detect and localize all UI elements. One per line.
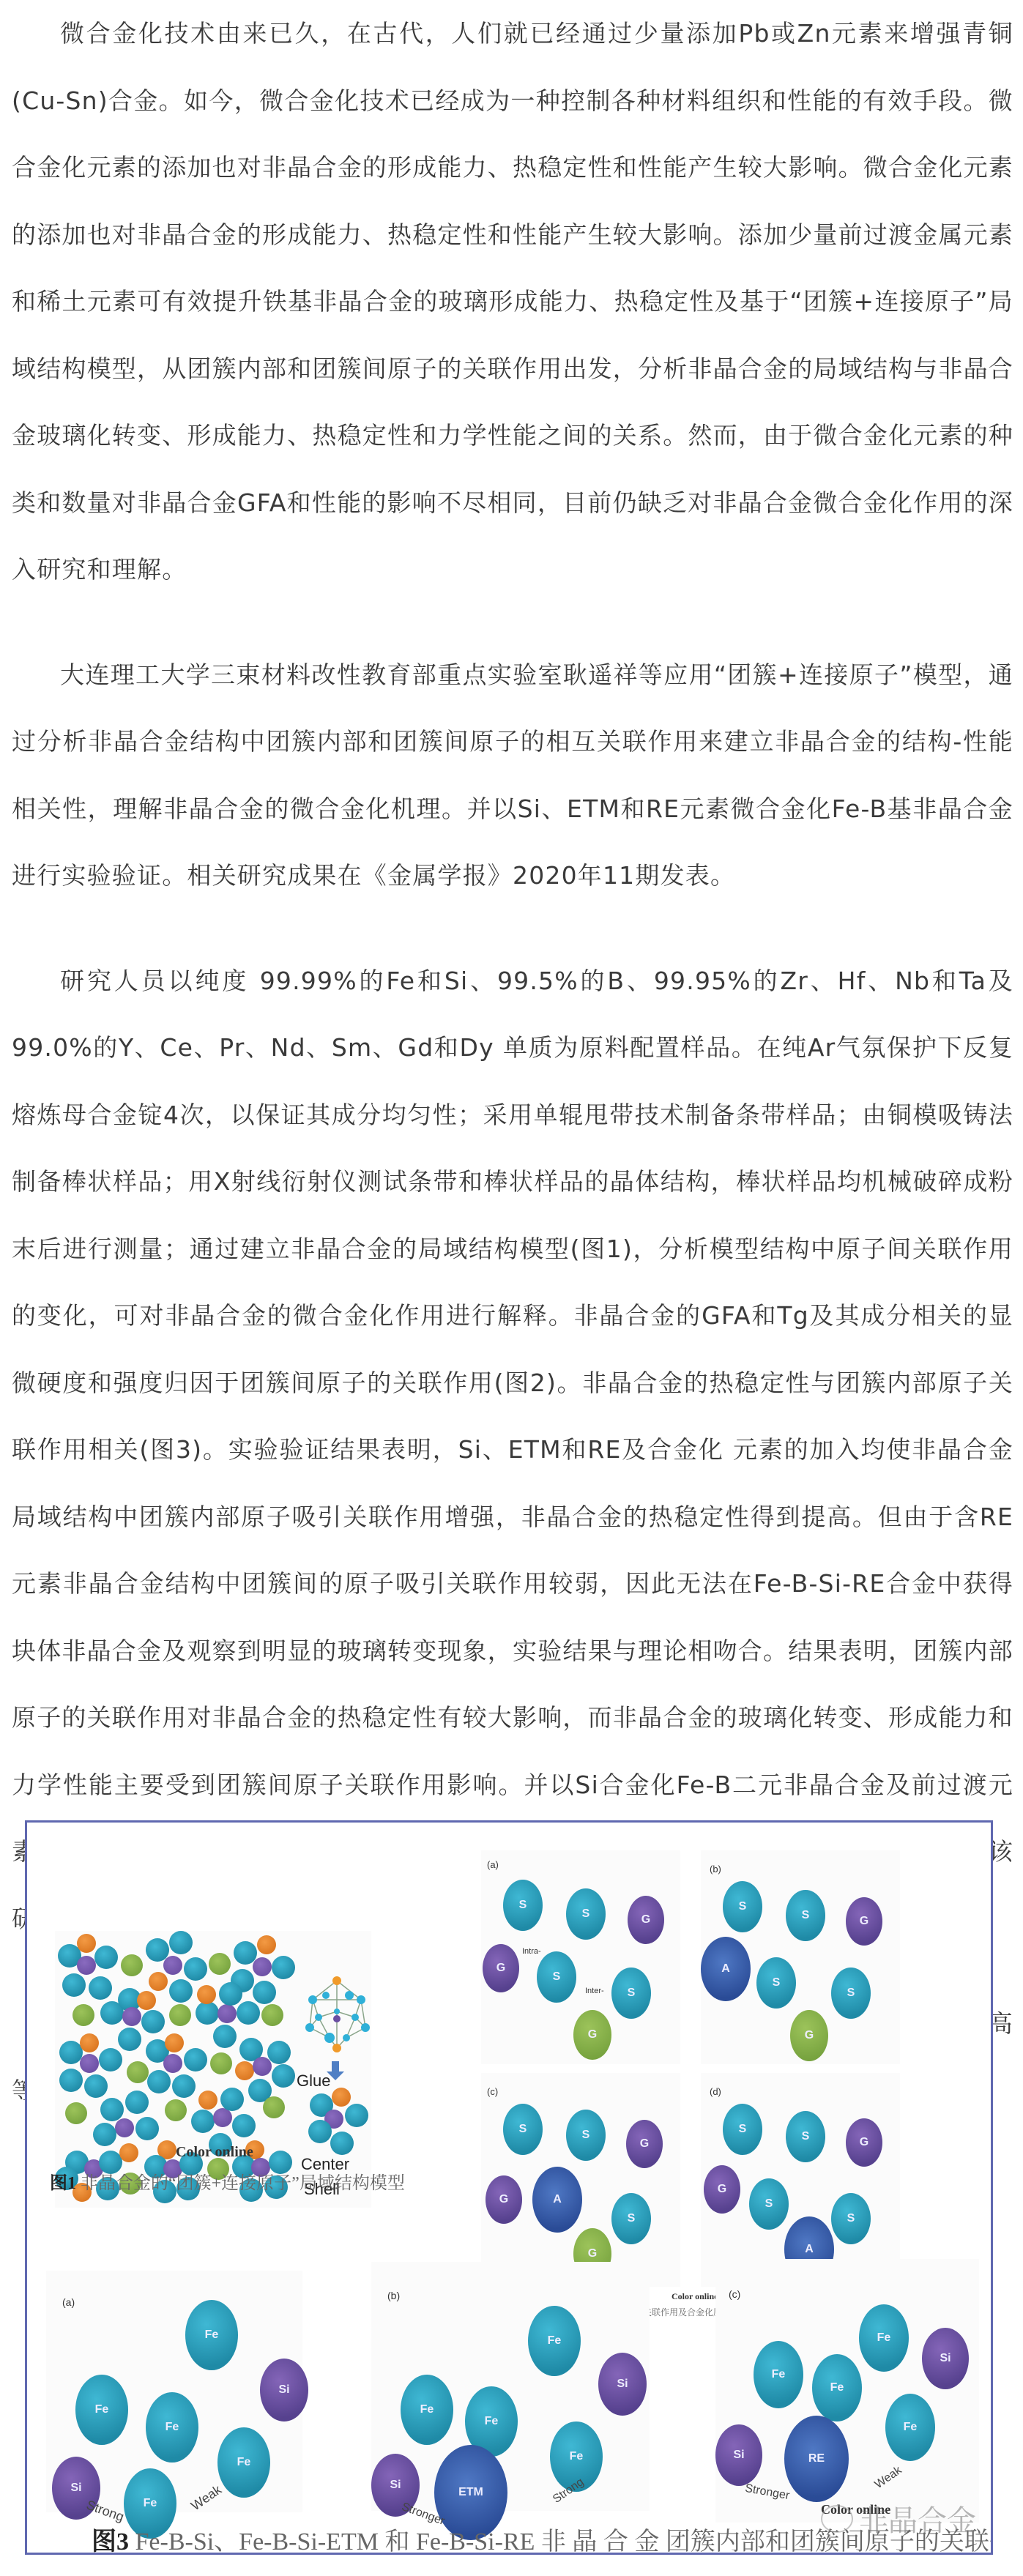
- label-glue: Glue: [297, 2071, 330, 2091]
- shell-atom: [62, 1973, 86, 1997]
- shell-atom: [232, 2114, 256, 2137]
- alloy-atom: A: [701, 1937, 751, 2001]
- shell-atom: [169, 1931, 193, 1954]
- shell-atom: [118, 2028, 141, 2051]
- center-atom: [213, 2108, 232, 2127]
- glue-atom: [198, 2091, 217, 2110]
- fig1-caption-number: 图1: [50, 2174, 76, 2193]
- figure-2-panel-c: (c) S S G G A S G: [481, 2073, 680, 2287]
- shell-atom: [93, 2123, 116, 2146]
- fe-atom: Fe: [185, 2300, 238, 2370]
- bond-label-right: Weak: [873, 2464, 905, 2492]
- fe-atom: Fe: [146, 2392, 198, 2463]
- figure-2-panel-a: (a) S S G G S S G Intra- Inter-: [481, 1850, 680, 2064]
- fig2-color-online: Color online: [672, 2291, 718, 2302]
- shell-atom: [99, 2048, 122, 2071]
- fig3-caption-number: 图3: [92, 2528, 129, 2555]
- center-atom: [163, 2054, 182, 2073]
- shell-atom: S: [756, 1957, 796, 2009]
- glue-atom: [263, 2096, 285, 2118]
- re-atom: RE: [784, 2416, 849, 2502]
- shell-atom: S: [503, 2104, 543, 2155]
- shell-atom: [237, 2001, 260, 2025]
- shell-atom: S: [749, 2178, 789, 2230]
- shell-atom: [272, 1956, 295, 1979]
- intra-label: Intra-: [522, 1947, 541, 1956]
- fe-atom: Fe: [859, 2304, 909, 2372]
- glue-atom: [77, 1934, 96, 1953]
- fe-atom: Fe: [217, 2427, 270, 2498]
- figure-3-panel-b: (b) Fe Si Fe Fe Fe Si ETM: [371, 2262, 650, 2511]
- bond-label-right: Weak: [188, 2482, 224, 2514]
- fe-atom: Fe: [401, 2375, 453, 2445]
- glue-atom: [169, 2004, 191, 2026]
- shell-atom: S: [611, 1968, 651, 2019]
- shell-atom: S: [831, 1968, 871, 2019]
- glue-atom: [80, 2033, 99, 2052]
- figure-3-panel-c: (c) Fe Si Fe Fe Fe Si RE Stronger Weak: [715, 2259, 979, 2523]
- shell-atom: [220, 2088, 244, 2111]
- shell-atom: S: [723, 1881, 762, 1932]
- center-atom: [217, 2004, 237, 2023]
- figure-1-image: Glue Center Shell: [55, 1931, 371, 2208]
- shell-atom: [213, 2025, 237, 2048]
- fe-atom: Fe: [885, 2394, 935, 2461]
- fe-atom: Fe: [812, 2354, 862, 2421]
- figure-composite: Glue Center Shell Color online 图1 非晶合金的“…: [25, 1820, 993, 2555]
- fig1-caption: 图1 非晶合金的“团簇+连接原子”局域结构模型: [50, 2168, 405, 2194]
- shell-atom: S: [786, 1890, 825, 1941]
- purple-atom: G: [846, 1897, 882, 1946]
- glue-atom: [197, 1985, 216, 2004]
- panel-label: (c): [487, 2086, 498, 2097]
- fe-atom: Fe: [75, 2375, 128, 2445]
- panel-label: (a): [62, 2296, 75, 2308]
- shell-atom: [135, 2117, 159, 2140]
- glue-atom: [65, 2102, 87, 2124]
- shell-atom: S: [537, 1951, 576, 2003]
- center-atom: [77, 1956, 96, 1975]
- watermark: 非晶合金: [821, 2498, 976, 2539]
- si-atom: Si: [715, 2424, 762, 2486]
- inter-label: Inter-: [585, 1987, 604, 1995]
- panel-label: (d): [710, 2086, 721, 2097]
- glue-atom: [261, 2004, 283, 2026]
- shell-atom: S: [611, 2193, 651, 2244]
- glue-atom: [209, 1953, 231, 1975]
- shell-atom: [196, 2001, 219, 2025]
- figure-2-panel-b: (b) S S G A S S G: [701, 1850, 900, 2064]
- shell-atom: [272, 2064, 295, 2088]
- shell-atom: [267, 2041, 291, 2064]
- alloy-atom: A: [532, 2167, 582, 2233]
- fe-atom: Fe: [528, 2306, 581, 2376]
- shell-atom: [253, 1981, 276, 2004]
- glue-atom: [257, 1935, 276, 1954]
- shell-atom: [172, 2074, 196, 2098]
- center-atom: [122, 2007, 141, 2026]
- fig1-caption-text: 非晶合金的“团簇+连接原子”局域结构模型: [81, 2174, 405, 2193]
- fig1-color-online: Color online: [176, 2144, 253, 2161]
- icosahedron-diagram: [304, 1975, 370, 2055]
- glue-atom: [332, 2088, 351, 2107]
- shell-atom: [345, 2104, 368, 2127]
- purple-atom: G: [626, 2120, 663, 2168]
- bond-label-left: Stronger: [744, 2482, 791, 2503]
- shell-atom: S: [566, 1888, 606, 1940]
- purple-atom: G: [846, 2118, 882, 2167]
- center-atom: [80, 2054, 99, 2073]
- article-body: 微合金化技术由来已久，在古代，人们就已经通过少量添加Pb或Zn元素来增强青铜(C…: [12, 0, 1013, 2124]
- purple-atom: G: [483, 1944, 519, 1992]
- glue-atom: [210, 2052, 232, 2074]
- center-atom: [115, 2118, 134, 2137]
- glue-atom: G: [790, 2010, 828, 2061]
- wechat-icon: [821, 2505, 853, 2533]
- shell-atom: [59, 2069, 83, 2092]
- shell-atom: [219, 1982, 242, 2006]
- paragraph-research-team: 大连理工大学三束材料改性教育部重点实验室耿遥祥等应用“团簇+连接原子”模型，通过…: [12, 641, 1013, 909]
- shell-atom: [100, 2098, 124, 2121]
- glue-atom: [165, 2033, 184, 2052]
- si-atom: Si: [922, 2328, 969, 2389]
- shell-atom: S: [566, 2110, 606, 2161]
- shell-atom: [308, 2120, 332, 2143]
- figure-3-panel-a: (a) Fe Si Fe Fe Fe Si Fe Strong Weak: [46, 2271, 302, 2512]
- shell-atom: S: [723, 2104, 762, 2155]
- glue-atom: [137, 1991, 156, 2010]
- panel-label: (a): [487, 1859, 499, 1870]
- shell-atom: S: [831, 2193, 871, 2244]
- glue-atom: [127, 2061, 149, 2083]
- shell-atom: [84, 2074, 108, 2098]
- panel-label: (b): [387, 2290, 400, 2301]
- si-atom: Si: [598, 2353, 647, 2416]
- paragraph-methods-results: 研究人员以纯度 99.99%的Fe和Si、99.5%的B、99.95%的Zr、H…: [12, 948, 1013, 1953]
- glue-atom: [235, 2061, 254, 2080]
- purple-atom: G: [628, 1896, 664, 1944]
- shell-atom: [191, 2110, 215, 2133]
- center-atom: [253, 1957, 272, 1976]
- fe-atom: Fe: [754, 2341, 803, 2408]
- glue-atom: G: [573, 2010, 611, 2060]
- center-atom: [163, 1956, 182, 1975]
- center-atom: [253, 2057, 272, 2076]
- paragraph-intro: 微合金化技术由来已久，在古代，人们就已经通过少量添加Pb或Zn元素来增强青铜(C…: [12, 0, 1013, 603]
- shell-atom: [94, 1946, 118, 1969]
- glue-atom: [119, 2143, 138, 2162]
- glue-atom: [149, 1972, 168, 1991]
- shell-atom: [141, 2010, 165, 2033]
- glue-atom: [72, 2004, 94, 2026]
- shell-atom: [125, 2091, 149, 2114]
- glue-atom: [121, 1954, 143, 1976]
- glue-atom: [165, 2099, 187, 2121]
- shell-atom: S: [786, 2111, 825, 2162]
- shell-atom: [330, 2132, 354, 2155]
- purple-atom: G: [486, 2175, 522, 2224]
- shell-atom: S: [503, 1880, 543, 1931]
- panel-label: (c): [729, 2288, 740, 2300]
- purple-atom: G: [704, 2165, 740, 2214]
- shell-atom: [147, 2070, 171, 2093]
- figure-2-panel-d: (d) S S G G S S A: [701, 2073, 900, 2287]
- watermark-text: 非晶合金: [859, 2498, 976, 2539]
- panel-label: (b): [710, 1864, 721, 1875]
- shell-atom: [169, 1979, 193, 2003]
- shell-atom: [184, 2048, 207, 2071]
- shell-atom: [184, 1957, 207, 1981]
- si-atom: Si: [260, 2359, 308, 2421]
- shell-atom: [89, 1976, 112, 2000]
